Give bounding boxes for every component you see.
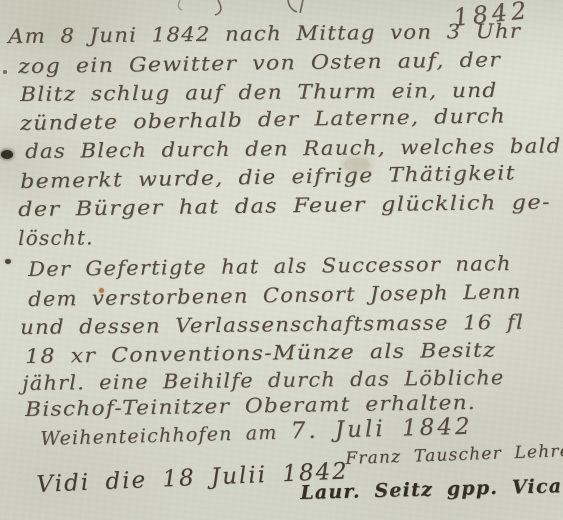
manuscript-line: dem verstorbenen Consort Joseph Lenn xyxy=(28,279,522,311)
ink-speck xyxy=(3,70,7,74)
dateline-place: Weihenteichhofen am xyxy=(40,422,278,450)
ink-blot xyxy=(1,150,13,159)
paper-smudge xyxy=(344,158,370,171)
manuscript-line: bemerkt wurde, die eifrige Thätigkeit xyxy=(20,160,516,193)
rust-spot xyxy=(99,288,104,293)
cut-off-strokes xyxy=(160,0,360,16)
manuscript-line: 18 xr Conventions-Münze als Besitz xyxy=(25,337,496,368)
signature-teacher: Franz Tauscher Lehrer xyxy=(345,441,563,469)
manuscript-line: das Blech durch den Rauch, welches bald xyxy=(25,133,562,163)
manuscript-page: 1842 Am 8 Juni 1842 nach Mittag von 3 Uh… xyxy=(0,0,563,520)
manuscript-line: Am 8 Juni 1842 nach Mittag von 3 Uhr xyxy=(8,19,521,48)
manuscript-line: und dessen Verlassenschaftsmasse 16 fl xyxy=(20,310,524,339)
dateline-date: 7. Juli 1842 xyxy=(290,414,472,445)
manuscript-line: zündete oberhalb der Laterne, durch xyxy=(20,103,506,135)
manuscript-line: der Bürger hat das Feuer glücklich ge- xyxy=(18,190,551,221)
manuscript-line: zog ein Gewitter von Osten auf, der xyxy=(18,47,501,78)
manuscript-line: Blitz schlug auf den Thurm ein, und xyxy=(20,78,498,106)
manuscript-line: Der Gefertigte hat als Successor nach xyxy=(28,251,512,281)
manuscript-line: löscht. xyxy=(18,225,94,250)
ink-spot xyxy=(5,259,11,264)
